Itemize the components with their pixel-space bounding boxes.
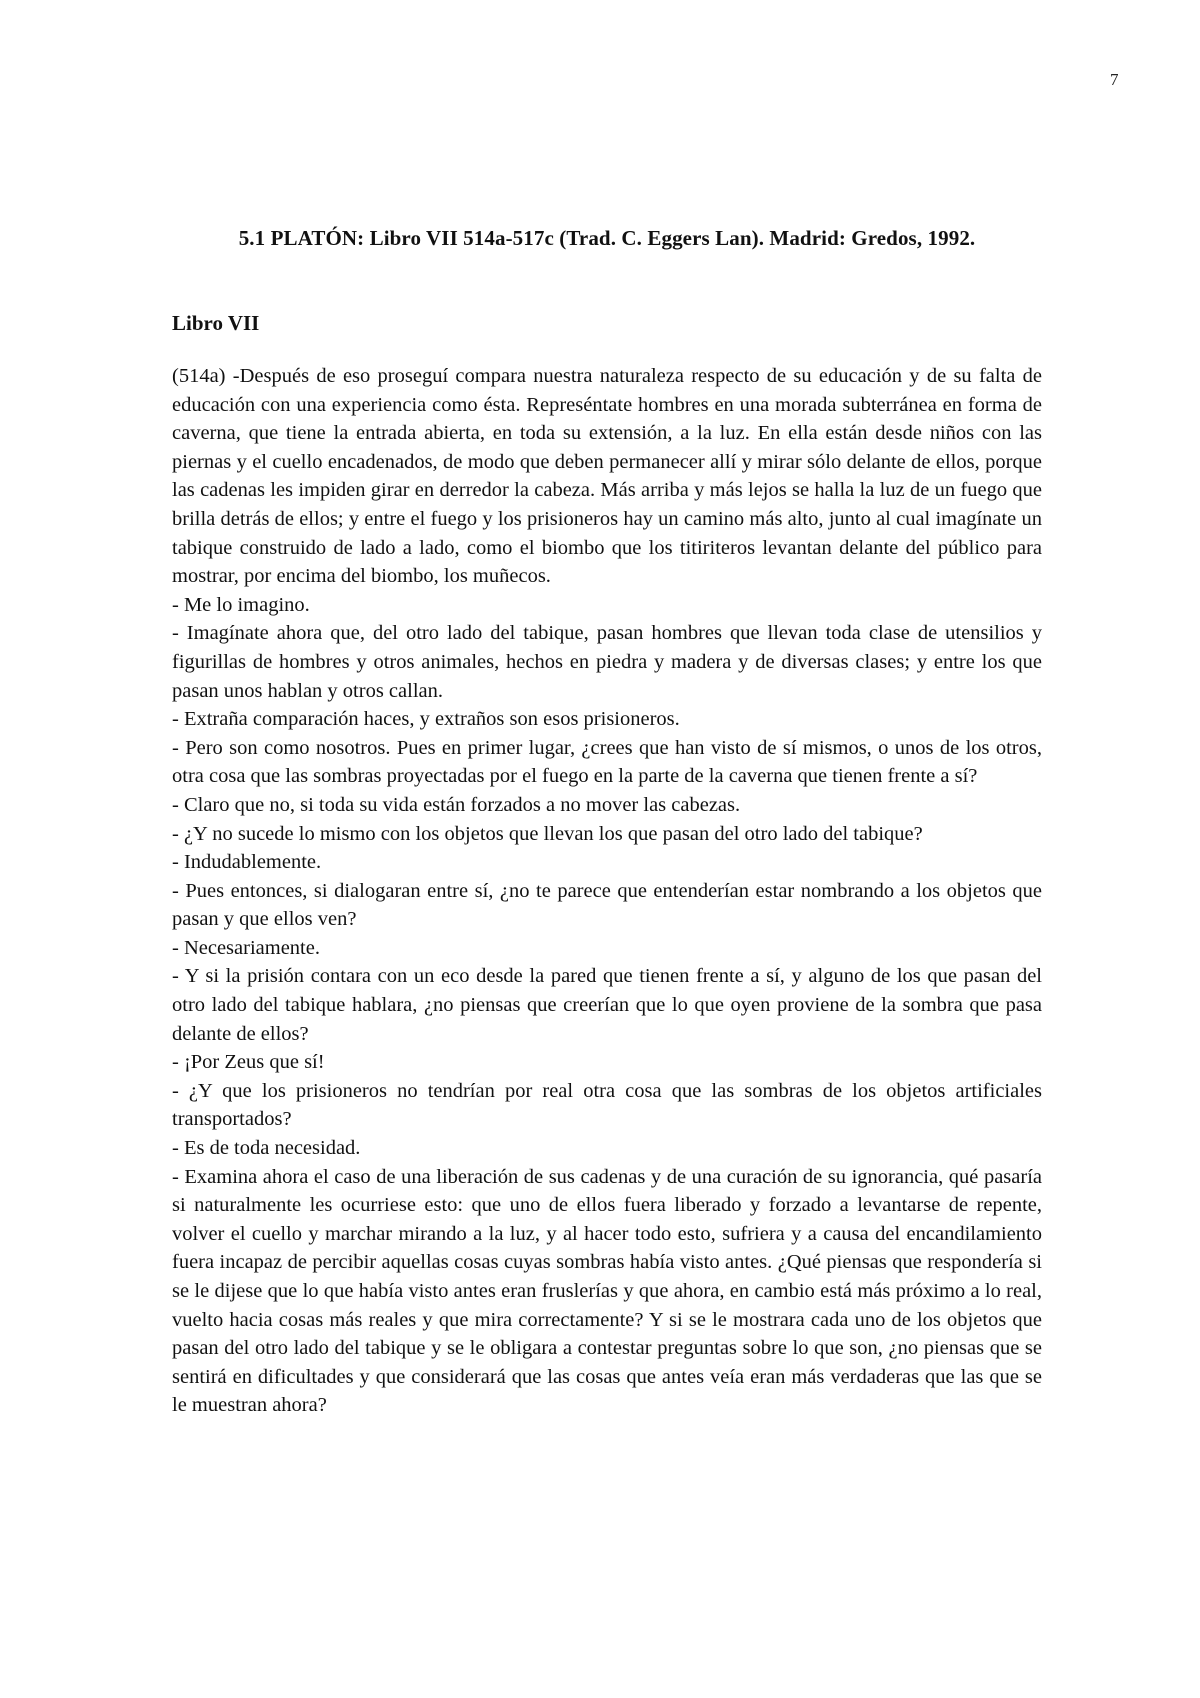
book-heading: Libro VII	[172, 311, 259, 336]
dialogue-line: - Extraña comparación haces, y extraños …	[172, 705, 1042, 734]
section-title: 5.1 PLATÓN: Libro VII 514a-517c (Trad. C…	[172, 226, 1042, 251]
dialogue-line: - Pues entonces, si dialogaran entre sí,…	[172, 877, 1042, 934]
body-text: (514a) -Después de eso proseguí compara …	[172, 362, 1042, 1420]
dialogue-line: - Imagínate ahora que, del otro lado del…	[172, 619, 1042, 705]
dialogue-line: - Claro que no, si toda su vida están fo…	[172, 791, 1042, 820]
dialogue-line: - Y si la prisión contara con un eco des…	[172, 962, 1042, 1048]
dialogue-line: - ¿Y no sucede lo mismo con los objetos …	[172, 820, 1042, 849]
dialogue-line: - Examina ahora el caso de una liberació…	[172, 1163, 1042, 1420]
dialogue-line: - ¿Y que los prisioneros no tendrían por…	[172, 1077, 1042, 1134]
dialogue-line: - Es de toda necesidad.	[172, 1134, 1042, 1163]
dialogue-line: - Indudablemente.	[172, 848, 1042, 877]
dialogue-line: - ¡Por Zeus que sí!	[172, 1048, 1042, 1077]
dialogue-line: - Pero son como nosotros. Pues en primer…	[172, 734, 1042, 791]
dialogue-line: - Me lo imagino.	[172, 591, 1042, 620]
page-number: 7	[1110, 70, 1119, 90]
paragraph-intro: (514a) -Después de eso proseguí compara …	[172, 362, 1042, 591]
dialogue-line: - Necesariamente.	[172, 934, 1042, 963]
